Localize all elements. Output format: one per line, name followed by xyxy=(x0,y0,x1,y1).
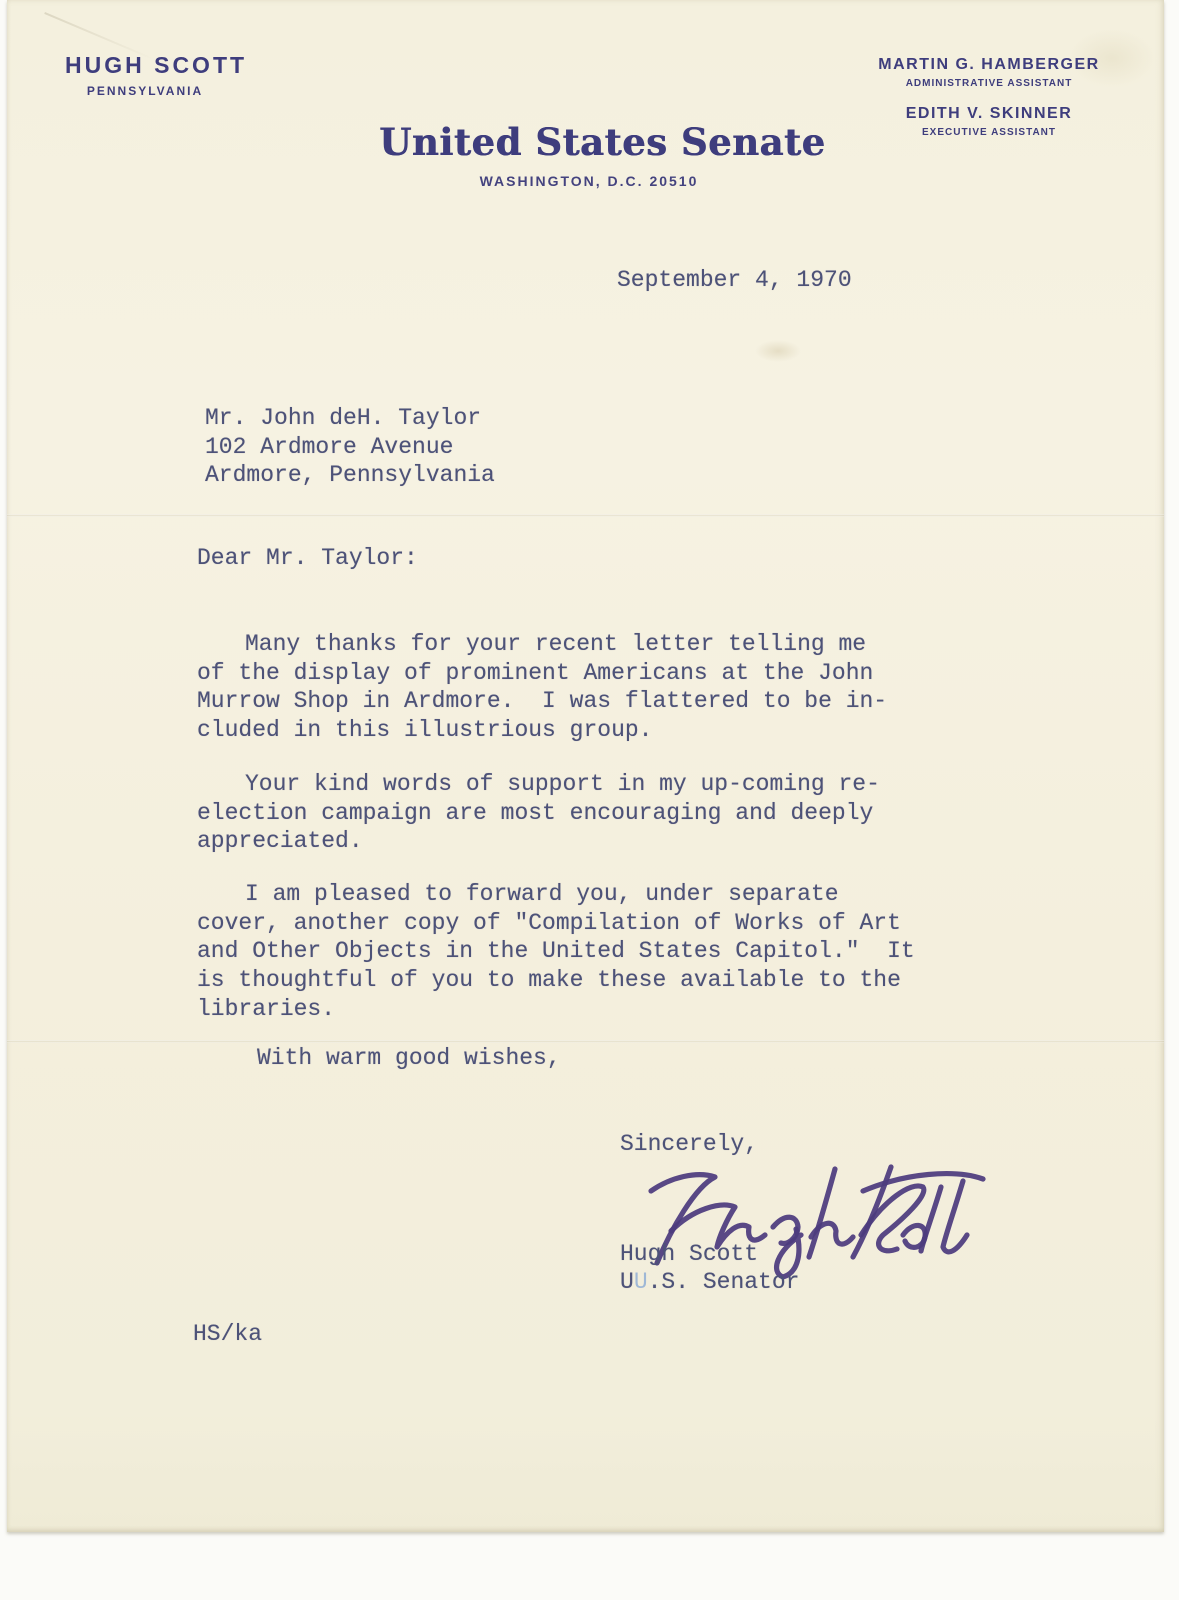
overstruck-letter: U xyxy=(634,1269,648,1295)
recipient-address: Mr. John deH. Taylor 102 Ardmore Avenue … xyxy=(205,404,495,490)
letter-date: September 4, 1970 xyxy=(617,266,852,295)
staff-entry: MARTIN G. HAMBERGER ADMINISTRATIVE ASSIS… xyxy=(869,56,1109,89)
body-paragraph-1: Many thanks for your recent letter telli… xyxy=(197,630,987,745)
staff-role: EXECUTIVE ASSISTANT xyxy=(869,127,1109,138)
staff-name: EDITH V. SKINNER xyxy=(869,105,1109,123)
reference-initials: HS/ka xyxy=(193,1320,262,1349)
staff-name: MARTIN G. HAMBERGER xyxy=(869,56,1109,74)
title-rest: .S. Senator xyxy=(648,1269,800,1295)
staff-role: ADMINISTRATIVE ASSISTANT xyxy=(869,78,1109,89)
fold-crease-upper xyxy=(7,514,1164,517)
senate-city-line: WASHINGTON, D.C. 20510 xyxy=(379,173,799,189)
title-first-letter: U xyxy=(620,1269,634,1295)
body-paragraph-3: I am pleased to forward you, under separ… xyxy=(197,880,987,1024)
letter-paper: HUGH SCOTT PENNSYLVANIA United States Se… xyxy=(7,0,1164,1532)
valediction: Sincerely, xyxy=(620,1130,758,1159)
salutation: Dear Mr. Taylor: xyxy=(197,544,418,573)
letterhead-sender-block: HUGH SCOTT PENNSYLVANIA xyxy=(65,52,225,98)
sender-state: PENNSYLVANIA xyxy=(65,84,225,98)
typed-signature-title: UU.S. Senator xyxy=(620,1268,799,1297)
senate-title: United States Senate xyxy=(379,120,799,164)
closing-line: With warm good wishes, xyxy=(207,1044,907,1073)
typed-signature-name: Hugh Scott xyxy=(620,1240,758,1269)
staff-entry: EDITH V. SKINNER EXECUTIVE ASSISTANT xyxy=(869,105,1109,138)
paper-smudge xyxy=(755,340,801,362)
scanned-letter-page: { "letterhead": { "sender_name": "HUGH S… xyxy=(0,0,1179,1600)
fold-crease-lower xyxy=(7,1040,1164,1043)
letterhead-title-block: United States Senate WASHINGTON, D.C. 20… xyxy=(379,120,799,189)
body-paragraph-2: Your kind words of support in my up-comi… xyxy=(197,770,987,856)
sender-name: HUGH SCOTT xyxy=(65,52,225,79)
letterhead-staff-block: MARTIN G. HAMBERGER ADMINISTRATIVE ASSIS… xyxy=(869,56,1109,154)
